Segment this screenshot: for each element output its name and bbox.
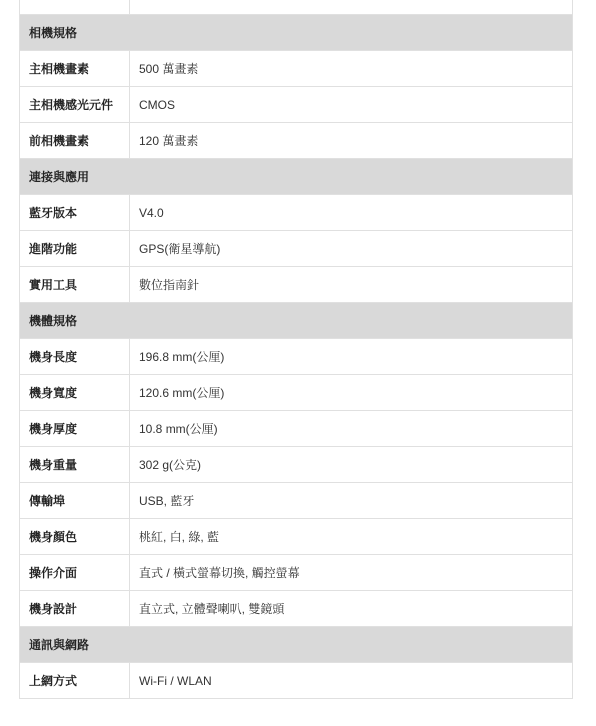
- row-label: [20, 0, 130, 15]
- row-label: 前相機畫素: [20, 123, 130, 159]
- section-header-camera: 相機規格: [20, 15, 573, 51]
- row-label: 機身顏色: [20, 519, 130, 555]
- row-label: 傳輸埠: [20, 483, 130, 519]
- table-row: 前相機畫素 120 萬畫素: [20, 123, 573, 159]
- row-value: 120.6 mm(公厘): [130, 375, 573, 411]
- table-row: 進階功能 GPS(衛星導航): [20, 231, 573, 267]
- row-value: 直立式, 立體聲喇叭, 雙鏡頭: [130, 591, 573, 627]
- section-header-connectivity: 連接與應用: [20, 159, 573, 195]
- section-header-body: 機體規格: [20, 303, 573, 339]
- row-label: 機身寬度: [20, 375, 130, 411]
- table-row: 機身設計 直立式, 立體聲喇叭, 雙鏡頭: [20, 591, 573, 627]
- table-row: 上網方式 Wi-Fi / WLAN: [20, 663, 573, 699]
- table-row: 機身厚度 10.8 mm(公厘): [20, 411, 573, 447]
- row-value: 500 萬畫素: [130, 51, 573, 87]
- table-row: 實用工具 數位指南針: [20, 267, 573, 303]
- section-title: 相機規格: [20, 15, 573, 51]
- row-value: 120 萬畫素: [130, 123, 573, 159]
- row-value: [130, 0, 573, 15]
- spec-table: 相機規格 主相機畫素 500 萬畫素 主相機感光元件 CMOS 前相機畫素 12…: [19, 0, 573, 699]
- row-label: 機身厚度: [20, 411, 130, 447]
- row-value: 桃紅, 白, 綠, 藍: [130, 519, 573, 555]
- row-label: 藍牙版本: [20, 195, 130, 231]
- table-row: 機身寬度 120.6 mm(公厘): [20, 375, 573, 411]
- row-label: 機身重量: [20, 447, 130, 483]
- row-value: Wi-Fi / WLAN: [130, 663, 573, 699]
- row-label: 機身長度: [20, 339, 130, 375]
- section-title: 連接與應用: [20, 159, 573, 195]
- row-label: 主相機畫素: [20, 51, 130, 87]
- section-title: 通訊與網路: [20, 627, 573, 663]
- table-row: 機身長度 196.8 mm(公厘): [20, 339, 573, 375]
- row-value: CMOS: [130, 87, 573, 123]
- row-value: 數位指南針: [130, 267, 573, 303]
- table-row: 主相機感光元件 CMOS: [20, 87, 573, 123]
- row-label: 上網方式: [20, 663, 130, 699]
- row-value: V4.0: [130, 195, 573, 231]
- row-value: USB, 藍牙: [130, 483, 573, 519]
- row-label: 機身設計: [20, 591, 130, 627]
- row-label: 進階功能: [20, 231, 130, 267]
- row-value: 302 g(公克): [130, 447, 573, 483]
- row-value: 10.8 mm(公厘): [130, 411, 573, 447]
- row-value: GPS(衛星導航): [130, 231, 573, 267]
- table-row: 主相機畫素 500 萬畫素: [20, 51, 573, 87]
- table-row: 操作介面 直式 / 橫式螢幕切換, 觸控螢幕: [20, 555, 573, 591]
- row-value: 直式 / 橫式螢幕切換, 觸控螢幕: [130, 555, 573, 591]
- section-header-network: 通訊與網路: [20, 627, 573, 663]
- row-label: 操作介面: [20, 555, 130, 591]
- table-row: 機身重量 302 g(公克): [20, 447, 573, 483]
- table-row: 機身顏色 桃紅, 白, 綠, 藍: [20, 519, 573, 555]
- row-label: 實用工具: [20, 267, 130, 303]
- table-row: 藍牙版本 V4.0: [20, 195, 573, 231]
- blank-row: [20, 0, 573, 15]
- section-title: 機體規格: [20, 303, 573, 339]
- row-value: 196.8 mm(公厘): [130, 339, 573, 375]
- table-row: 傳輸埠 USB, 藍牙: [20, 483, 573, 519]
- row-label: 主相機感光元件: [20, 87, 130, 123]
